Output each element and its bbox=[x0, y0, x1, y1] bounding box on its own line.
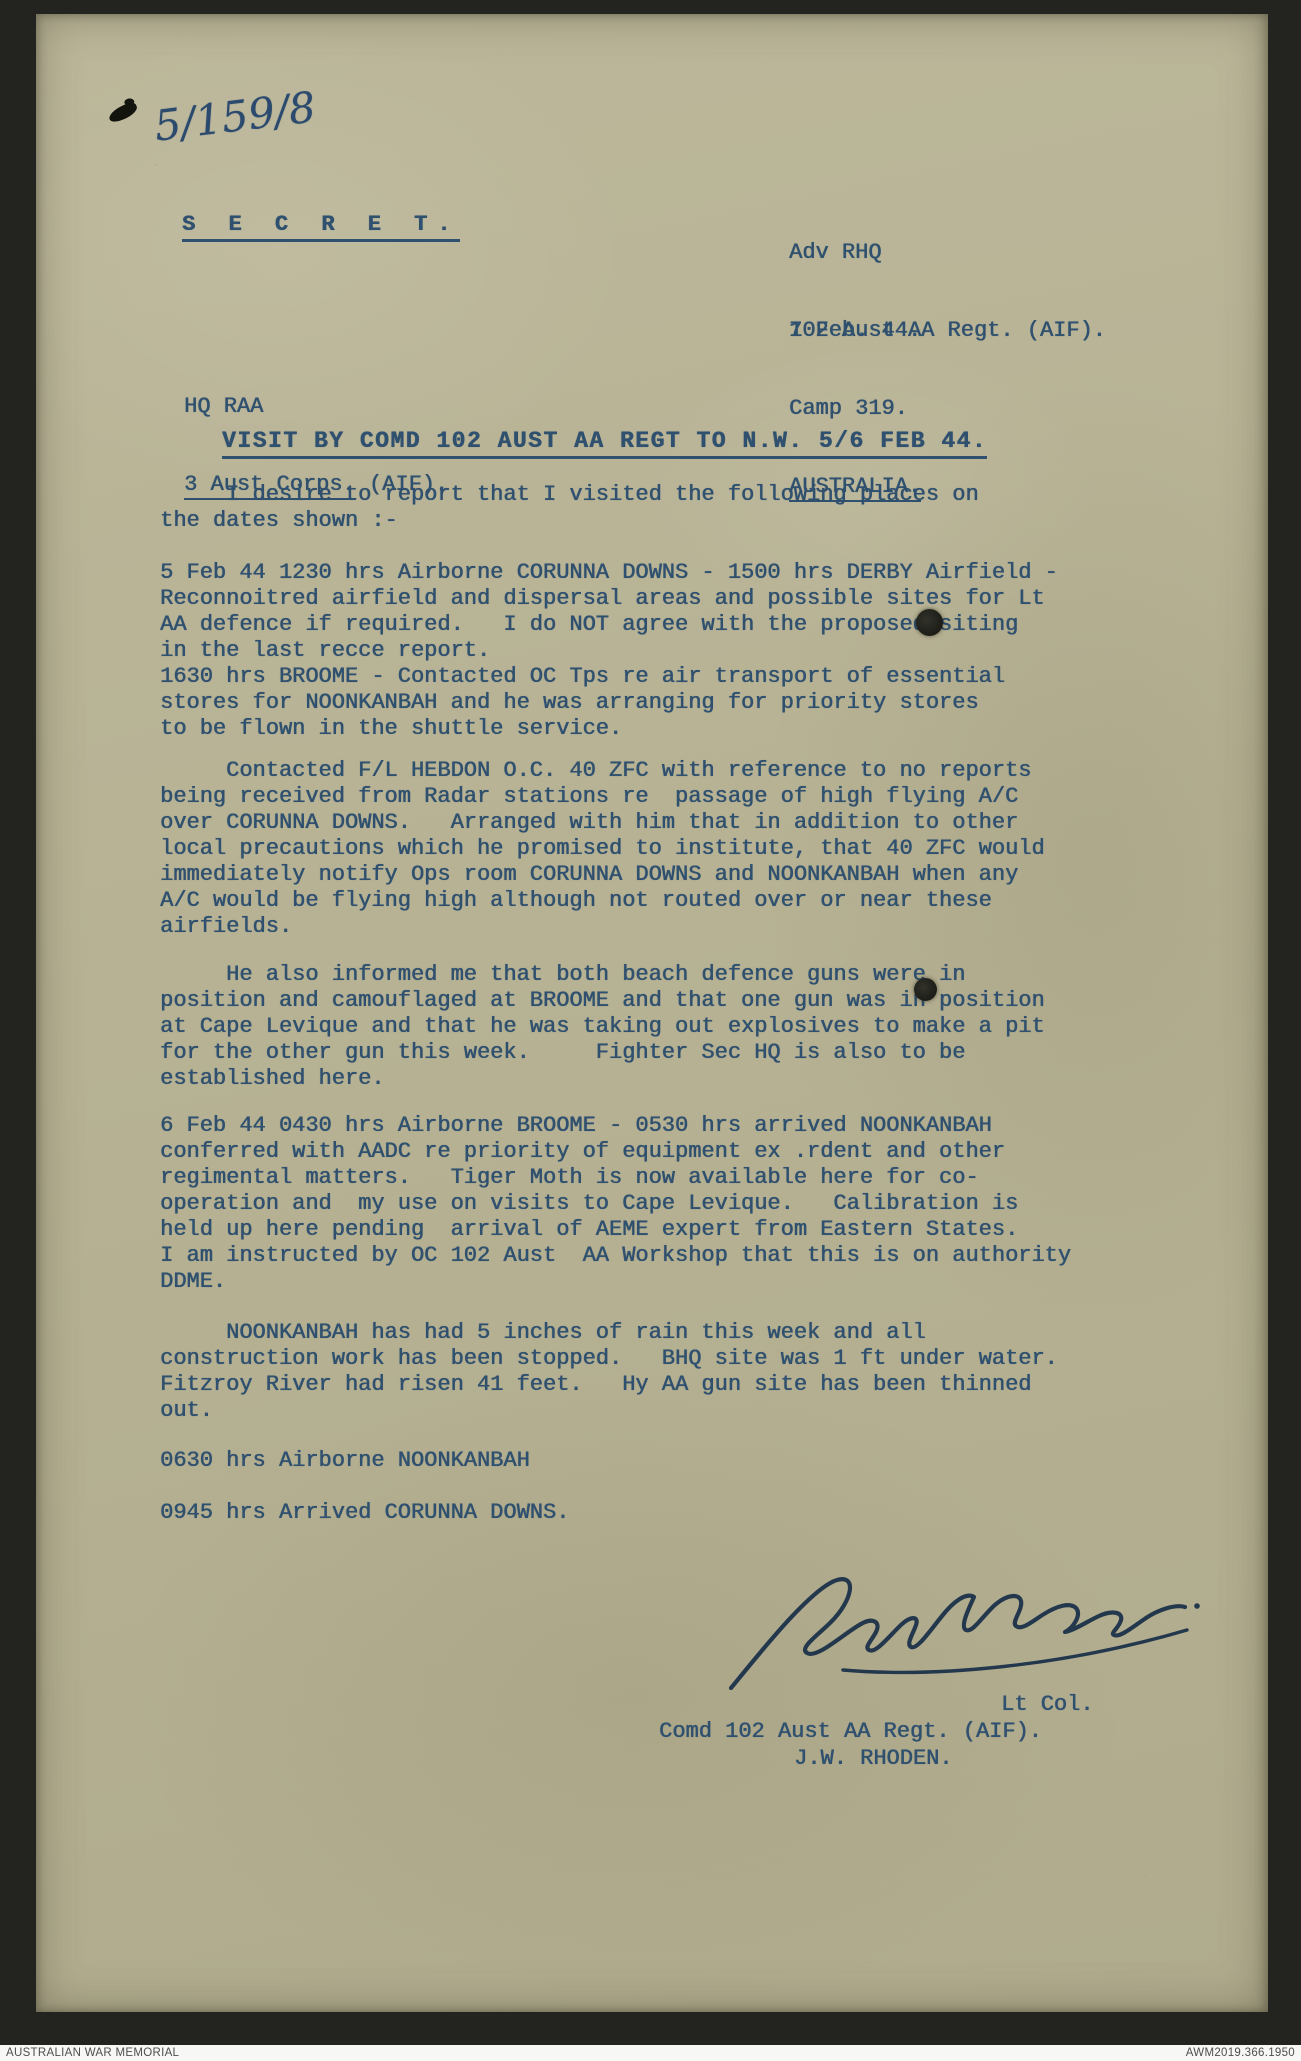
paragraph-rain: NOONKANBAH has had 5 inches of rain this… bbox=[160, 1320, 1058, 1424]
classification-label: S E C R E T. bbox=[182, 212, 460, 242]
archive-source-label: AUSTRALIAN WAR MEMORIAL bbox=[6, 2047, 179, 2059]
document-title: VISIT BY COMD 102 AUST AA REGT TO N.W. 5… bbox=[222, 428, 987, 459]
scanned-document-page: 5/159/8 S E C R E T. Adv RHQ 102 Aust AA… bbox=[0, 0, 1301, 2061]
signature-ink bbox=[725, 1570, 1205, 1700]
paper-tear-mark bbox=[107, 100, 140, 124]
signatory-rank: Lt Col. bbox=[1001, 1692, 1093, 1718]
paragraph-hebdon: Contacted F/L HEBDON O.C. 40 ZFC with re… bbox=[160, 758, 1045, 940]
hole-punch-top bbox=[916, 609, 943, 636]
document-paper: 5/159/8 S E C R E T. Adv RHQ 102 Aust AA… bbox=[36, 14, 1268, 2012]
paragraph-0630: 0630 hrs Airborne NOONKANBAH bbox=[160, 1448, 530, 1474]
paragraph-5feb: 5 Feb 44 1230 hrs Airborne CORUNNA DOWNS… bbox=[160, 560, 1058, 742]
archive-item-id: AWM2019.366.1950 bbox=[1186, 2047, 1295, 2059]
signatory-name: J.W. RHODEN. bbox=[794, 1746, 952, 1772]
classification-line: S E C R E T. bbox=[182, 212, 460, 238]
title-line: VISIT BY COMD 102 AUST AA REGT TO N.W. 5… bbox=[222, 428, 987, 455]
hole-punch-bottom bbox=[914, 978, 937, 1001]
handwritten-file-reference: 5/159/8 bbox=[152, 82, 319, 150]
recipient-line-1: HQ RAA bbox=[184, 394, 448, 420]
signature-period-dot bbox=[1194, 1603, 1200, 1609]
paragraph-beach-guns: He also informed me that both beach defe… bbox=[160, 962, 1045, 1092]
sender-line-3: Camp 319. bbox=[789, 396, 1106, 422]
document-date: 7 Feb. 44. bbox=[789, 318, 921, 344]
paragraph-6feb: 6 Feb 44 0430 hrs Airborne BROOME - 0530… bbox=[160, 1113, 1071, 1295]
archive-caption-bar: AUSTRALIAN WAR MEMORIAL AWM2019.366.1950 bbox=[0, 2045, 1301, 2061]
paragraph-0945: 0945 hrs Arrived CORUNNA DOWNS. bbox=[160, 1500, 569, 1526]
paragraph-intro: I desire to report that I visited the fo… bbox=[160, 482, 979, 534]
signatory-appointment: Comd 102 Aust AA Regt. (AIF). bbox=[659, 1719, 1042, 1745]
sender-line-1: Adv RHQ bbox=[789, 240, 1106, 266]
